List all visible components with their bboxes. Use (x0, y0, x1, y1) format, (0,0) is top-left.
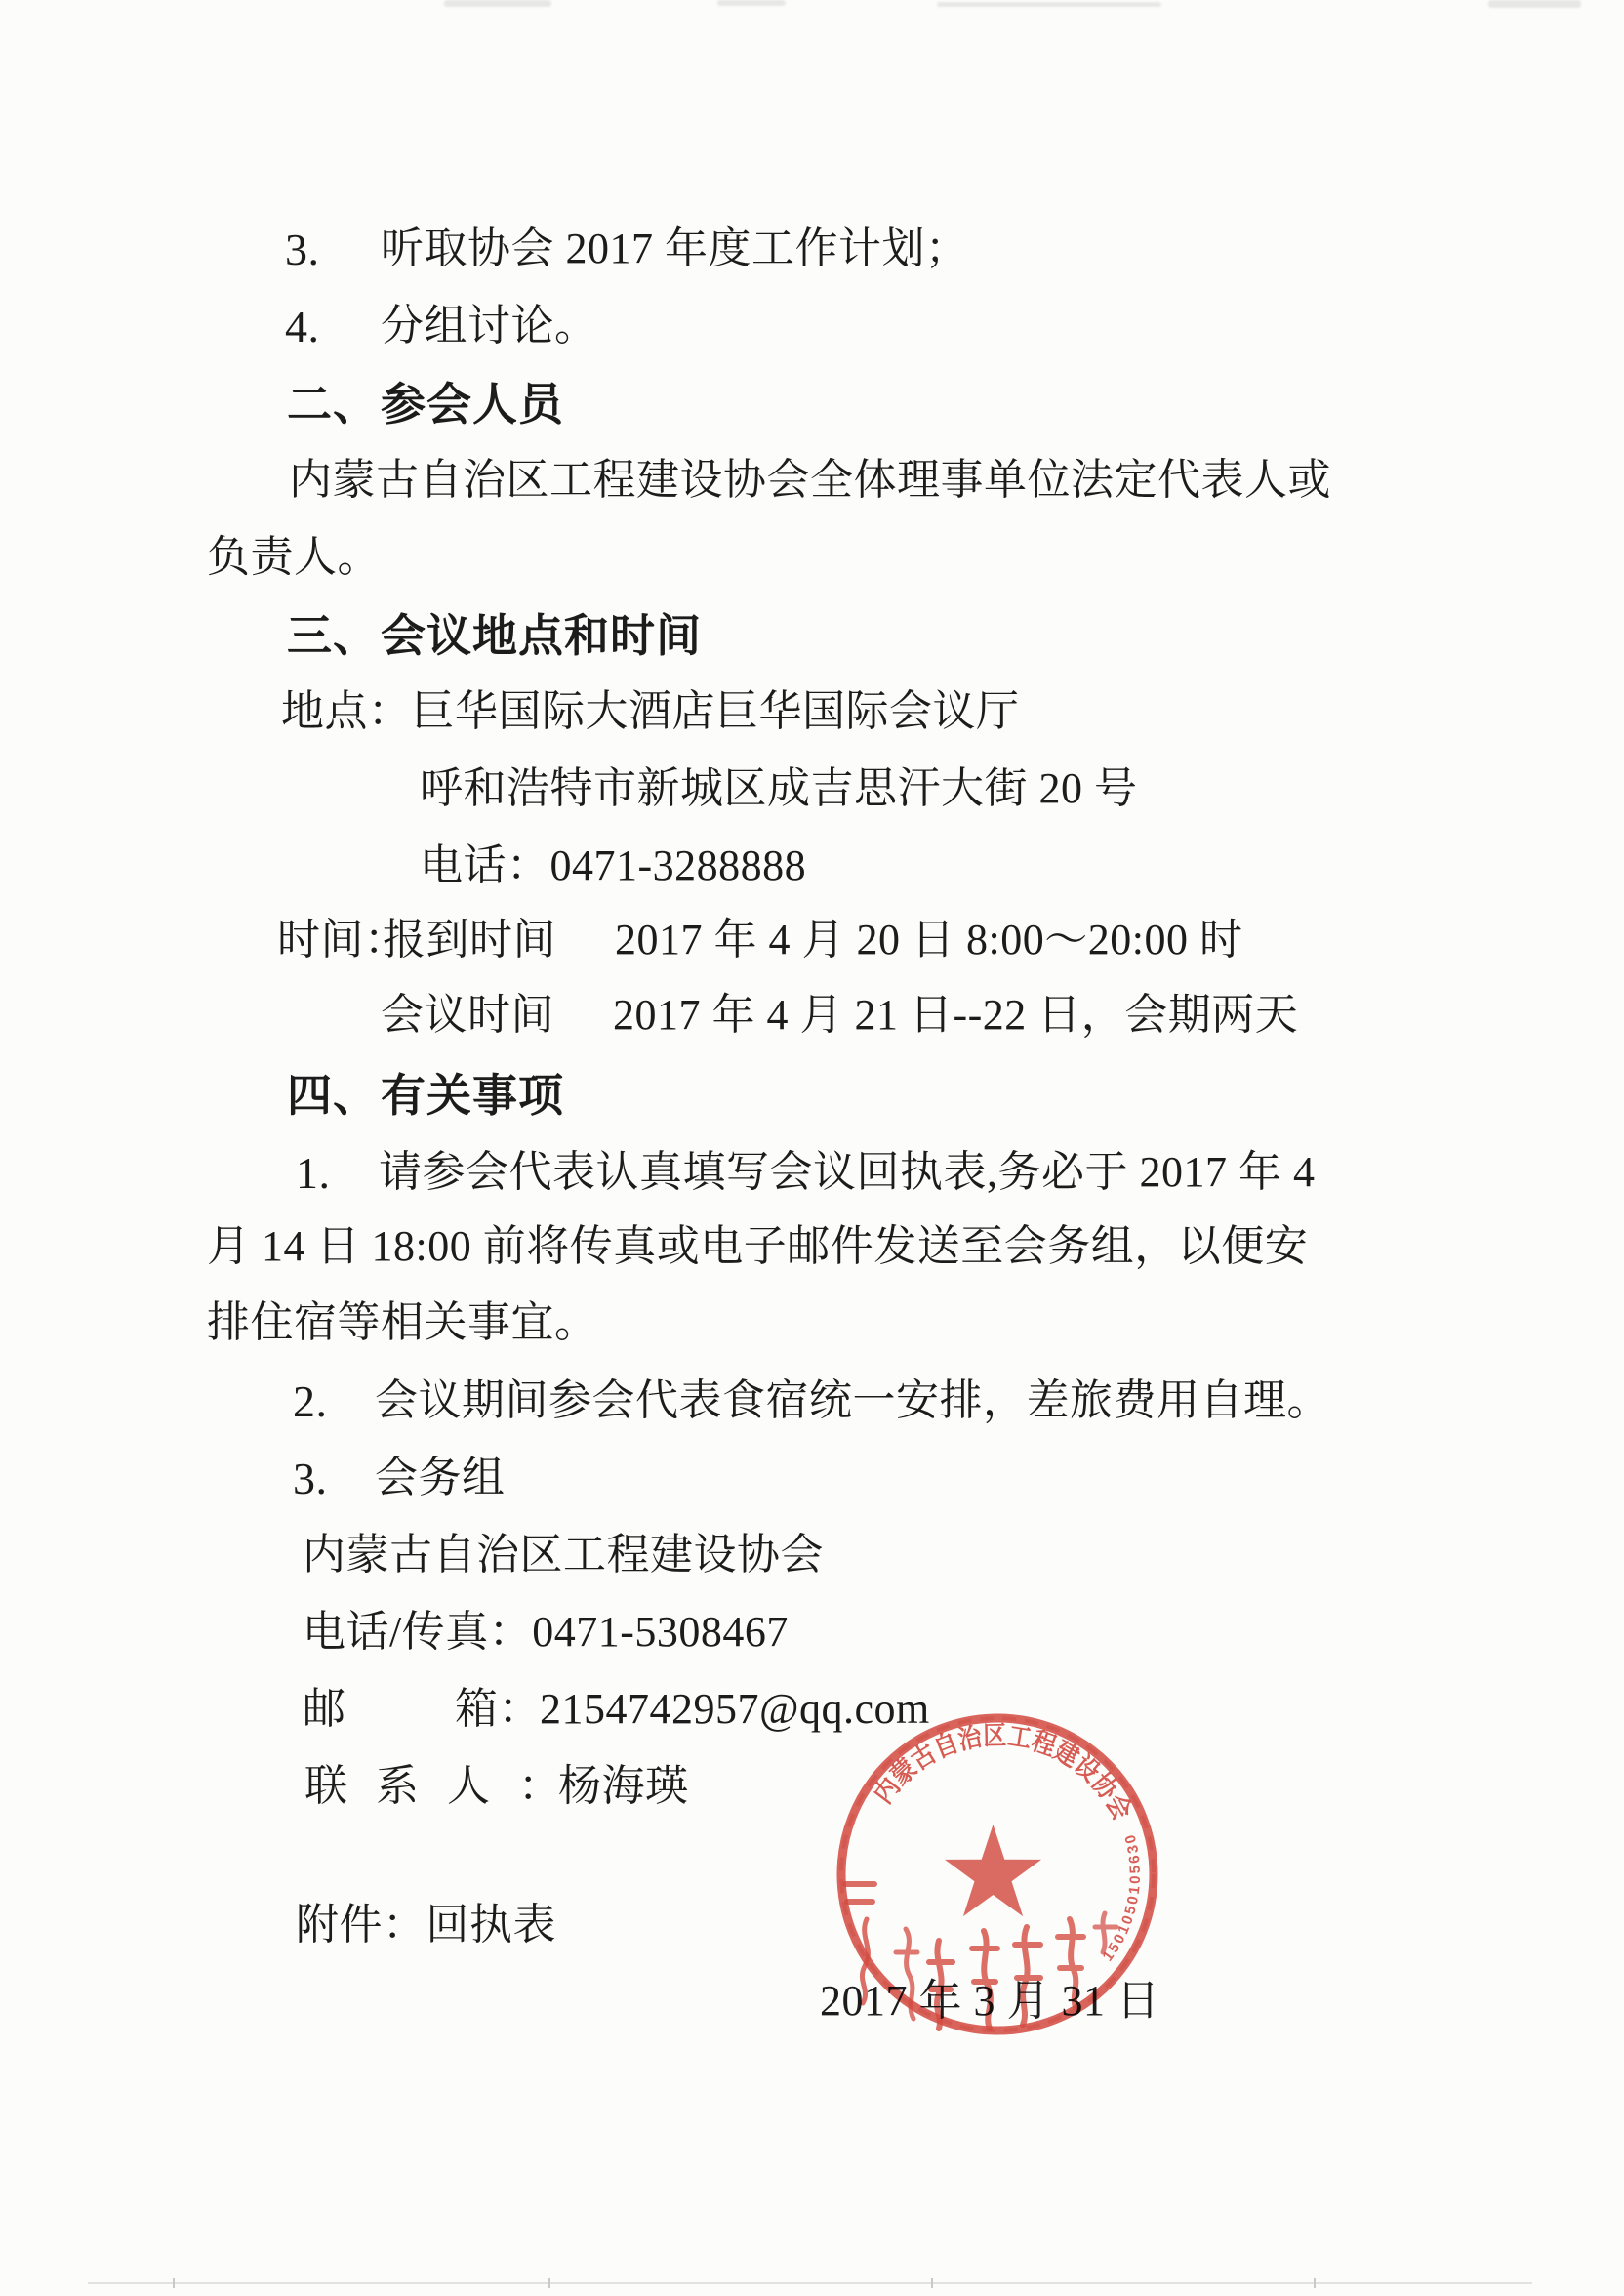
mail-label: 邮 (303, 1685, 346, 1735)
checkin-time-value: 2017 年 4 月 20 日 8:00～20:00 时 (615, 916, 1242, 965)
section-4-heading: 有关事项 (381, 1070, 564, 1122)
scan-artifact-top-1 (444, 0, 551, 7)
mail-label-2: 箱： (455, 1685, 542, 1735)
official-seal-stamp: 内蒙古自治区工程建设协会 1501050105630 (820, 1697, 1175, 2052)
scan-artifact-bottom-line (88, 2282, 1532, 2284)
star-icon (945, 1824, 1041, 1916)
scan-artifact-top-2 (717, 0, 786, 6)
item-1-line2: 月 14 日 18:00 前将传真或电子邮件发送至会务组，以便安 (207, 1222, 1308, 1272)
contact-name: 杨海瑛 (558, 1762, 689, 1812)
section-3-heading: 会议地点和时间 (381, 610, 702, 662)
phone-fax-line: 电话/传真：0471-5308467 (303, 1608, 789, 1658)
section-4-number: 四、 (287, 1070, 379, 1122)
scan-artifact-tick-3 (931, 2278, 933, 2288)
section-2-body-line2: 负责人。 (207, 533, 381, 583)
item-3-text: 会务组 (375, 1454, 506, 1503)
org-name-line: 内蒙古自治区工程建设协会 (303, 1531, 824, 1580)
section-2-heading: 参会人员 (381, 379, 564, 430)
section-2-number: 二、 (287, 379, 379, 430)
scan-artifact-tick-2 (548, 2278, 550, 2288)
scanned-document-page: 3. 听取协会 2017 年度工作计划； 4. 分组讨论。 二、 参会人员 内蒙… (0, 0, 1624, 2296)
contact-label: 联 系 人 ： (304, 1762, 562, 1812)
item-1-line1: 请参会代表认真填写会议回执表,务必于 2017 年 4 (379, 1148, 1316, 1198)
scan-artifact-top-4 (1488, 0, 1581, 8)
agenda-item-4-number: 4. (285, 302, 320, 353)
seal-arc-text: 内蒙古自治区工程建设协会 (869, 1721, 1138, 1824)
hotel-phone-line: 电话：0471-3288888 (420, 841, 806, 891)
item-1-number: 1. (296, 1148, 331, 1200)
item-1-line3: 排住宿等相关事宜。 (207, 1298, 598, 1348)
mongolian-script-marks (845, 1884, 1116, 2029)
agenda-item-3-number: 3. (285, 225, 320, 276)
section-2-body-line1: 内蒙古自治区工程建设协会全体理事单位法定代表人或 (289, 456, 1331, 506)
item-3-number: 3. (293, 1454, 328, 1505)
venue-line: 地点：巨华国际大酒店巨华国际会议厅 (281, 687, 1020, 737)
checkin-time-label: 报到时间 (383, 916, 556, 965)
address-line: 呼和浩特市新城区成吉思汗大街 20 号 (420, 764, 1138, 814)
section-3-number: 三、 (287, 610, 379, 662)
scan-artifact-top-3 (937, 2, 1161, 7)
agenda-item-3-text: 听取协会 2017 年度工作计划； (381, 225, 969, 274)
scan-artifact-tick-4 (1314, 2278, 1316, 2288)
item-2-text: 会议期间参会代表食宿统一安排，差旅费用自理。 (375, 1376, 1330, 1426)
agenda-item-4-text: 分组讨论。 (381, 302, 598, 351)
meeting-time-value: 2017 年 4 月 21 日--22 日，会期两天 (613, 991, 1298, 1041)
scan-artifact-tick-1 (173, 2278, 175, 2288)
meeting-time-label: 会议时间 (381, 991, 554, 1041)
attachment-line: 附件：回执表 (296, 1901, 556, 1950)
item-2-number: 2. (293, 1376, 328, 1428)
